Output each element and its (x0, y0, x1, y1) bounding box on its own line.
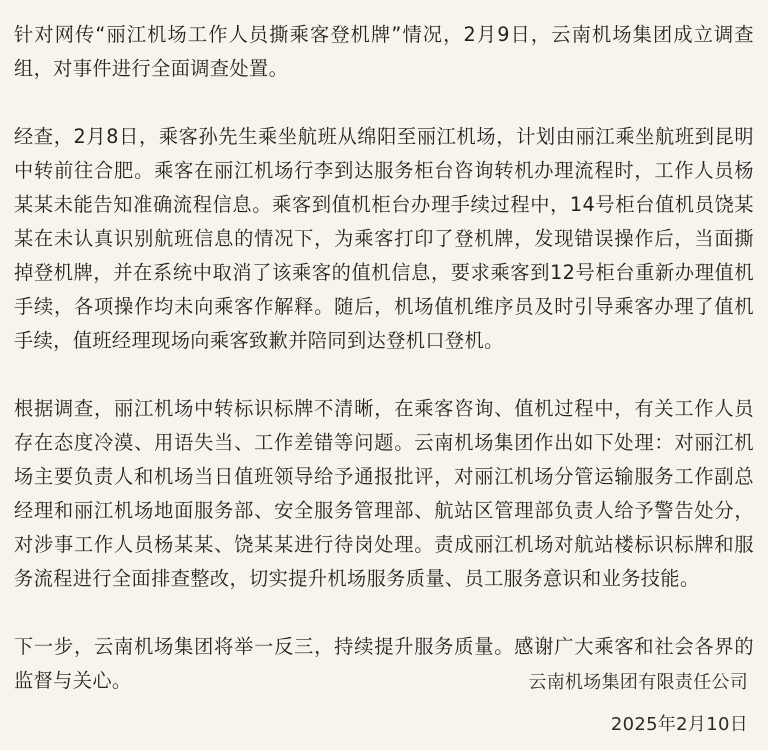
paragraph-findings: 经查，2月8日，乘客孙先生乘坐航班从绵阳至丽江机场，计划由丽江乘坐航班到昆明中转… (14, 120, 754, 358)
paragraph-handling: 根据调查，丽江机场中转标识标牌不清晰，在乘客咨询、值机过程中，有关工作人员存在态… (14, 392, 754, 596)
signature-date: 2025年2月10日 (611, 710, 748, 740)
document-body: 针对网传“丽江机场工作人员撕乘客登机牌”情况，2月9日，云南机场集团成立调查组，… (14, 18, 754, 732)
paragraph-intro: 针对网传“丽江机场工作人员撕乘客登机牌”情况，2月9日，云南机场集团成立调查组，… (14, 18, 754, 86)
signature-organization: 云南机场集团有限责任公司 (528, 668, 748, 698)
